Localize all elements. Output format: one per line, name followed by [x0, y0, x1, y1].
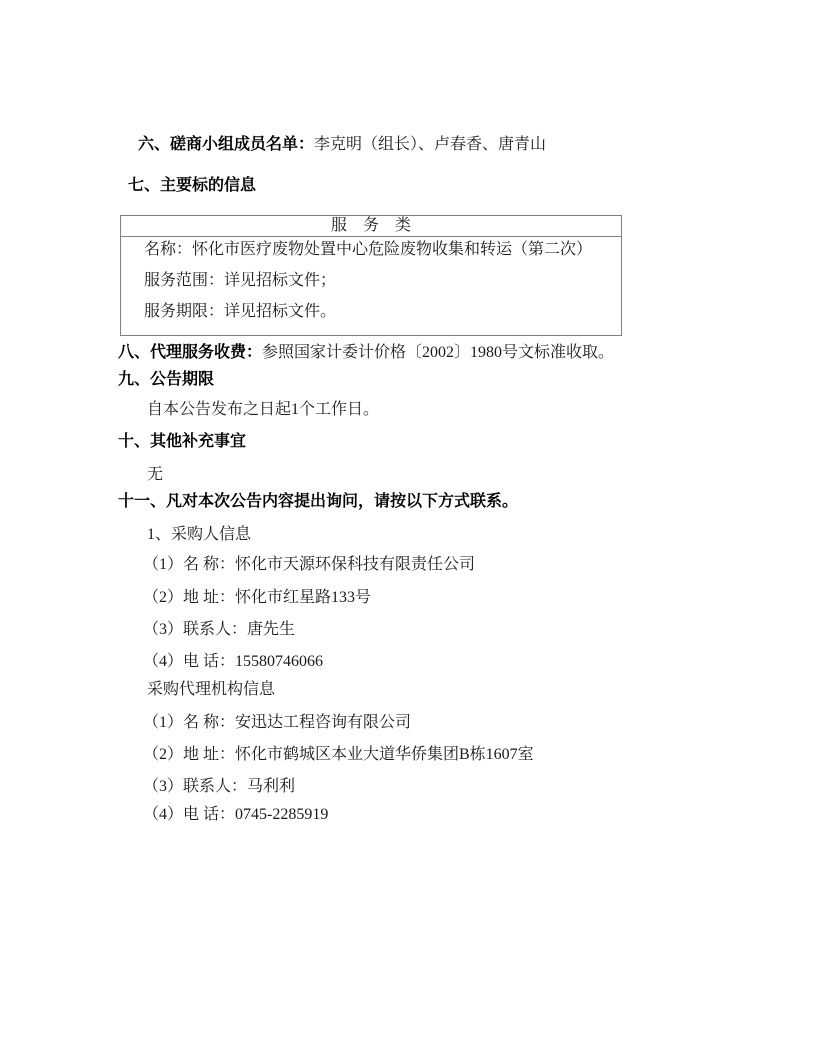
section-9-label: 九、公告期限 [118, 371, 214, 388]
subject-table-body-cell: 名称：怀化市医疗废物处置中心危险废物收集和转运（第二次） 服务范围：详见招标文件… [121, 237, 622, 336]
section-11-heading: 十一、凡对本次公告内容提出询问，请按以下方式联系。 [118, 491, 720, 513]
subject-table-header-row: 服 务 类 [121, 216, 622, 237]
section-8-heading: 八、代理服务收费：参照国家计委计价格〔2002〕1980号文标准收取。 [118, 342, 720, 364]
section-6-label: 六、磋商小组成员名单： [138, 136, 314, 153]
subject-table-header: 服 务 类 [121, 216, 622, 237]
section-10-label: 十、其他补充事宜 [118, 433, 246, 450]
section-10-heading: 十、其他补充事宜 [118, 431, 720, 453]
agency-name: （1）名 称：安迅达工程咨询有限公司 [143, 712, 720, 734]
section-6-heading: 六、磋商小组成员名单：李克明（组长）、卢春香、唐青山 [138, 134, 720, 156]
agency-contact: （3）联系人：马利利 [143, 776, 720, 798]
section-7-label: 七、主要标的信息 [128, 177, 256, 194]
subject-term: 服务期限：详见招标文件。 [144, 301, 611, 323]
agency-phone: （4）电 话：0745-2285919 [143, 804, 720, 826]
purchaser-title: 1、采购人信息 [147, 524, 720, 546]
document-page: 六、磋商小组成员名单：李克明（组长）、卢春香、唐青山 七、主要标的信息 服 务 … [0, 0, 816, 1056]
purchaser-phone: （4）电 话：15580746066 [143, 651, 720, 673]
section-7-heading: 七、主要标的信息 [128, 175, 720, 197]
subject-scope: 服务范围：详见招标文件； [144, 270, 611, 292]
purchaser-contact: （3）联系人：唐先生 [143, 619, 720, 641]
subject-table-body-row: 名称：怀化市医疗废物处置中心危险废物收集和转运（第二次） 服务范围：详见招标文件… [121, 237, 622, 336]
section-9-paragraph: 自本公告发布之日起1个工作日。 [147, 399, 720, 421]
section-8-value: 参照国家计委计价格〔2002〕1980号文标准收取。 [262, 344, 614, 361]
subject-table: 服 务 类 名称：怀化市医疗废物处置中心危险废物收集和转运（第二次） 服务范围：… [120, 215, 622, 336]
subject-name: 名称：怀化市医疗废物处置中心危险废物收集和转运（第二次） [144, 239, 611, 261]
section-10-paragraph: 无 [147, 464, 720, 486]
agency-address: （2）地 址：怀化市鹤城区本业大道华侨集团B栋1607室 [143, 744, 720, 766]
section-8-label: 八、代理服务收费： [118, 344, 262, 361]
section-6-value: 李克明（组长）、卢春香、唐青山 [314, 136, 546, 153]
section-9-heading: 九、公告期限 [118, 369, 720, 391]
section-11-label: 十一、凡对本次公告内容提出询问，请按以下方式联系。 [118, 493, 518, 510]
agency-title: 采购代理机构信息 [147, 679, 720, 701]
purchaser-name: （1）名 称：怀化市天源环保科技有限责任公司 [143, 554, 720, 576]
purchaser-address: （2）地 址：怀化市红星路133号 [143, 587, 720, 609]
document-content: 六、磋商小组成员名单：李克明（组长）、卢春香、唐青山 七、主要标的信息 服 务 … [0, 0, 816, 826]
